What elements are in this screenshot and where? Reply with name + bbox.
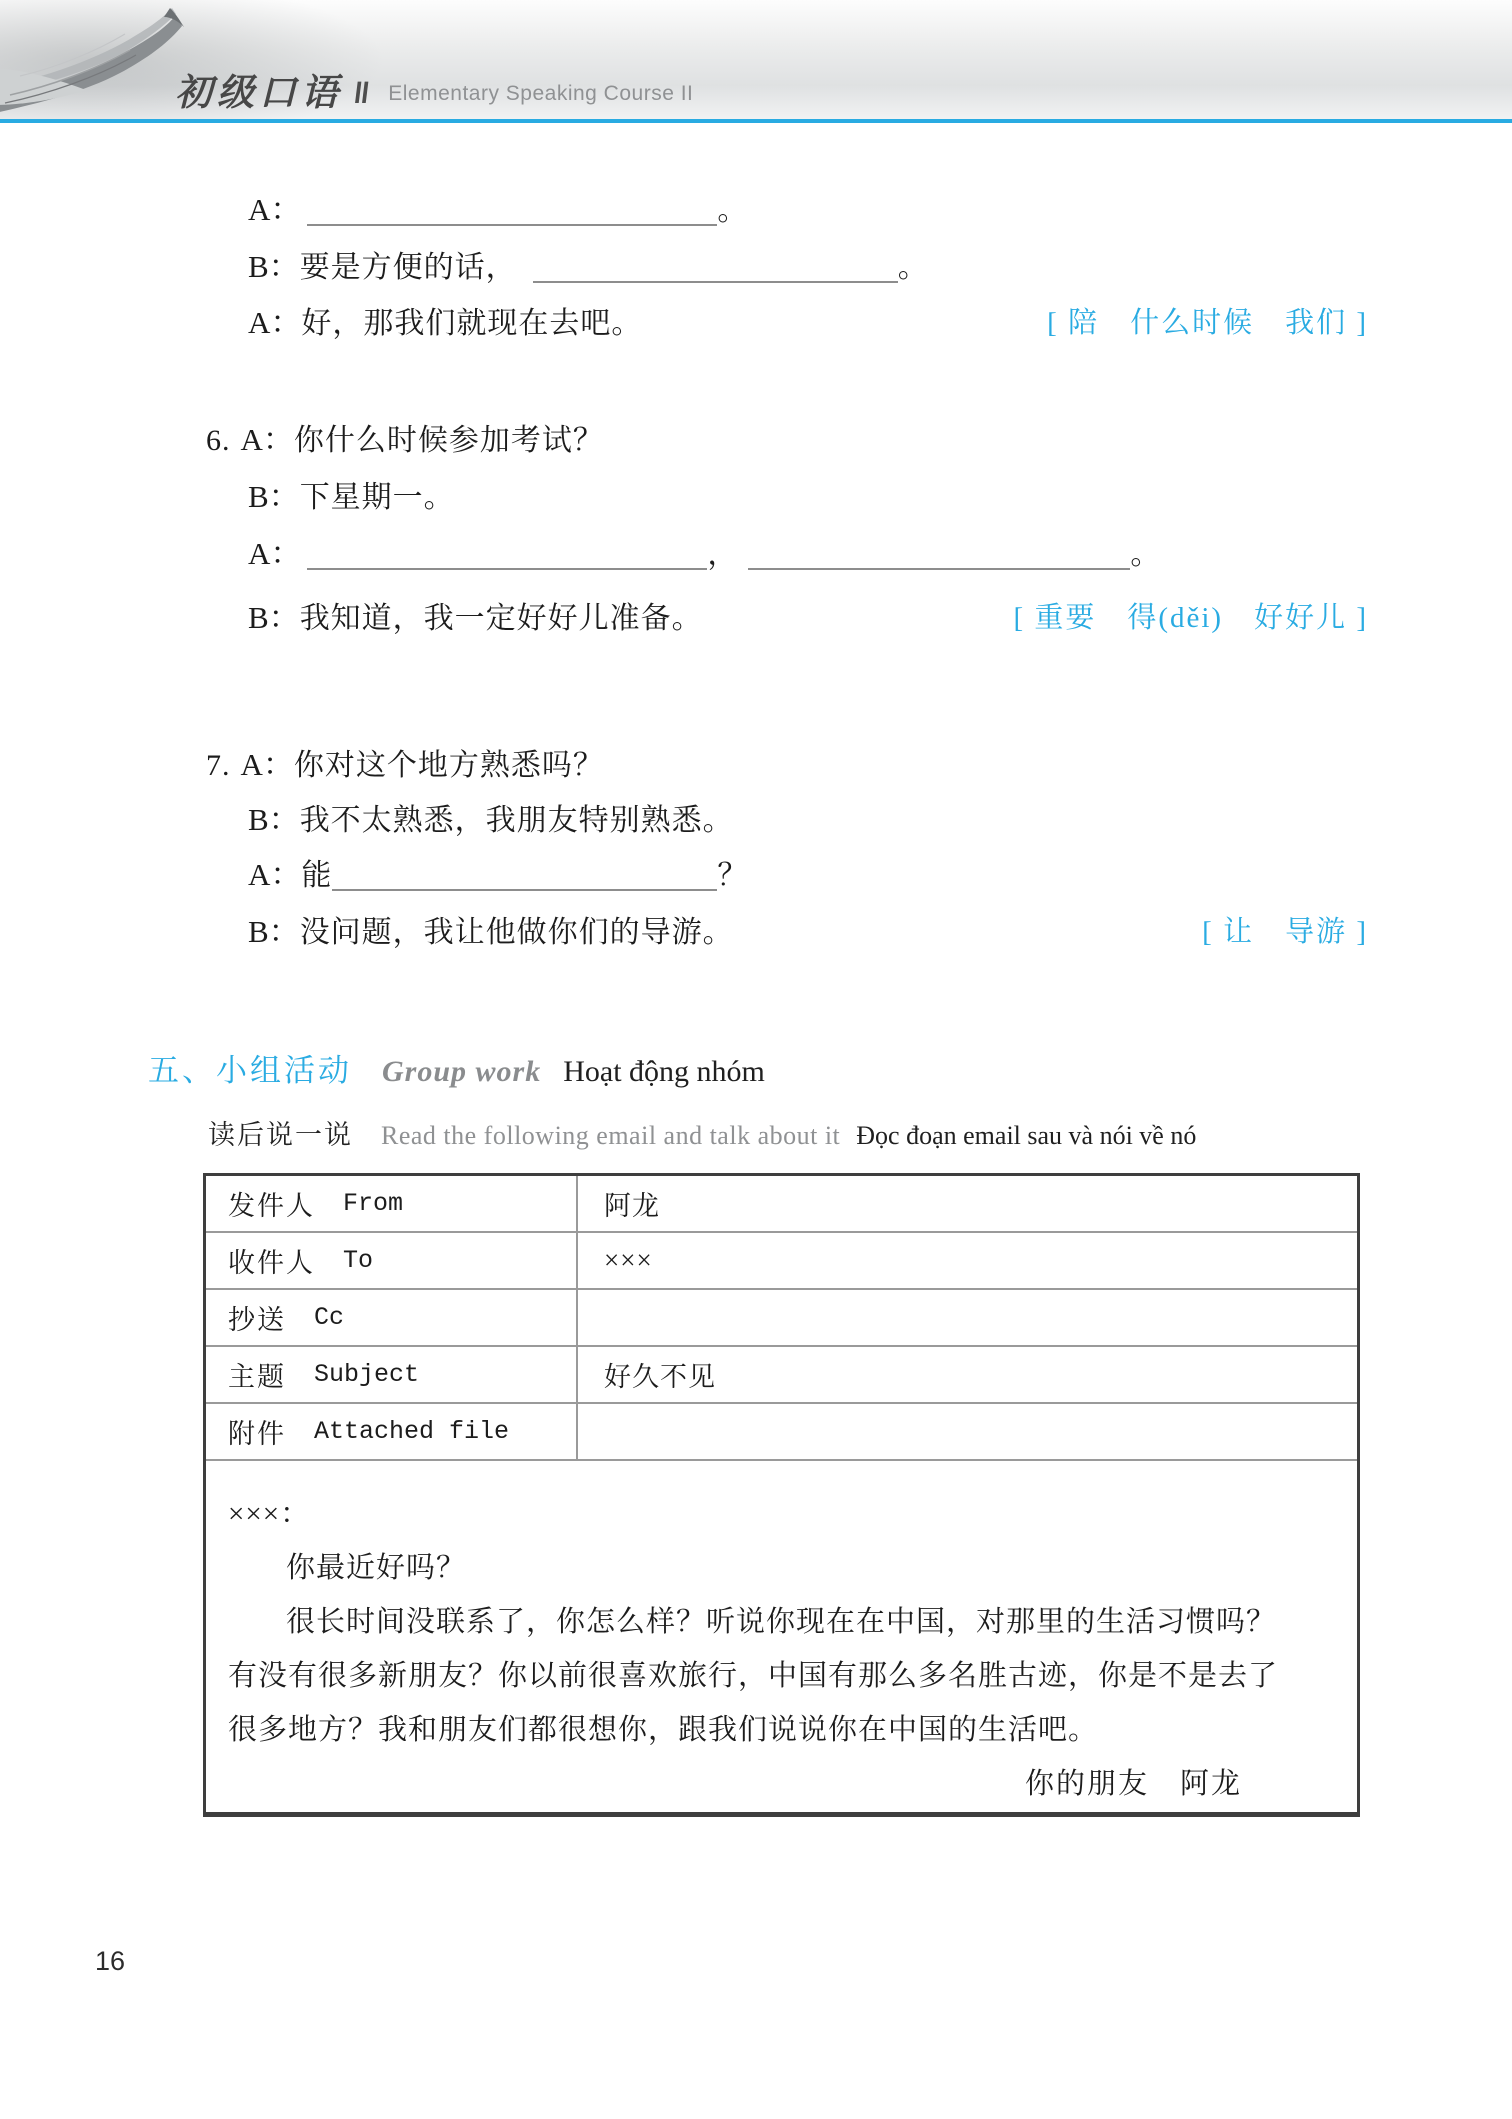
email-field-row-subject: 主题 Subject 好久不见 <box>206 1347 1357 1404</box>
period-mark: 。 <box>1130 538 1161 571</box>
dialogue-text: 你对这个地方熟悉吗？ <box>294 749 604 782</box>
speaker-label: B： <box>248 914 300 949</box>
dialogue-text: 好，那我们就现在去吧。 <box>301 307 642 340</box>
answer-blank <box>307 536 707 570</box>
instruction-cn: 读后说一说 <box>208 1120 353 1150</box>
dialogue-row: B：我知道，我一定好好儿准备。 <box>248 599 703 638</box>
dialogue-text: 你什么时候参加考试？ <box>294 424 604 457</box>
speaker-label: A： <box>241 747 294 782</box>
email-field-row-attachment: 附件 Attached file <box>206 1404 1357 1461</box>
speaker-label: B： <box>248 600 300 635</box>
email-table: 发件人 From 阿龙 收件人 To ××× 抄送 Cc 主题 Subject <box>203 1173 1360 1817</box>
section-heading: 五、小组活动Group workHoạt động nhóm <box>148 1051 765 1097</box>
item-number: 6. <box>206 424 231 457</box>
field-label-en: To <box>343 1246 373 1275</box>
hint-bracket: [ 重要 得(děi) 好好儿 ] <box>1013 599 1368 637</box>
dialogue-row: 7.A：你对这个地方熟悉吗？ <box>206 746 604 785</box>
answer-blank <box>332 857 717 891</box>
field-label-cn: 主题 <box>228 1355 286 1394</box>
dialogue-text: 能 <box>301 859 332 892</box>
dialogue-row: B：下星期一。 <box>248 478 455 517</box>
field-value <box>578 1290 1357 1345</box>
dialogue-row: A：。 <box>248 191 748 230</box>
course-title-roman: II <box>352 75 371 111</box>
dialogue-row: A：能？ <box>248 856 748 895</box>
speaker-label: B： <box>248 802 300 837</box>
period-mark: 。 <box>717 194 748 227</box>
dialogue-row: B：没问题，我让他做你们的导游。 <box>248 913 734 952</box>
field-label-cn: 收件人 <box>228 1241 315 1280</box>
email-body-line: 有没有很多新朋友？你以前很喜欢旅行，中国有那么多名胜古迹，你是不是去了 <box>228 1649 1337 1703</box>
dialogue-row: B：我不太熟悉，我朋友特别熟悉。 <box>248 801 734 840</box>
instruction-vi: Đọc đoạn email sau và nói về nó <box>856 1121 1196 1150</box>
email-body: ×××： 你最近好吗？ 很长时间没联系了，你怎么样？听说你现在在中国，对那里的生… <box>206 1461 1357 1811</box>
dialogue-row: B：要是方便的话，。 <box>248 248 929 287</box>
dialogue-text: 下星期一。 <box>300 481 455 514</box>
question-mark: ？ <box>717 859 748 892</box>
field-value: ××× <box>578 1233 1357 1288</box>
course-title-cn: 初级口语 <box>175 73 343 114</box>
dialogue-text: 我知道，我一定好好儿准备。 <box>300 602 703 635</box>
field-label-cn: 抄送 <box>228 1298 286 1337</box>
section-title-en: Group work <box>382 1055 541 1088</box>
email-field-row-to: 收件人 To ××× <box>206 1233 1357 1290</box>
field-label: 收件人 To <box>206 1233 578 1288</box>
hint-bracket: [ 陪 什么时候 我们 ] <box>1047 304 1368 342</box>
email-field-row-from: 发件人 From 阿龙 <box>206 1176 1357 1233</box>
field-value: 阿龙 <box>578 1176 1357 1231</box>
speaker-label: A： <box>248 857 301 892</box>
field-label: 发件人 From <box>206 1176 578 1231</box>
dialogue-row: 6.A：你什么时候参加考试？ <box>206 421 604 460</box>
field-label: 主题 Subject <box>206 1347 578 1402</box>
hint-bracket: [ 让 导游 ] <box>1202 913 1368 951</box>
email-salutation: ×××： <box>228 1487 1337 1541</box>
email-body-line: 很长时间没联系了，你怎么样？听说你现在在中国，对那里的生活习惯吗？ <box>228 1595 1337 1649</box>
item-number: 7. <box>206 749 231 782</box>
field-label-en: From <box>343 1189 403 1218</box>
page-header: 初级口语IIElementary Speaking Course II <box>0 0 1512 119</box>
section-title-cn: 五、小组活动 <box>148 1053 352 1088</box>
period-mark: 。 <box>898 251 929 284</box>
speaker-label: B： <box>248 479 300 514</box>
dialogue-row: A：，。 <box>248 535 1161 574</box>
field-label-cn: 发件人 <box>228 1184 315 1223</box>
dialogue-text: 我不太熟悉，我朋友特别熟悉。 <box>300 804 734 837</box>
speaker-label: A： <box>241 422 294 457</box>
task-instruction: 读后说一说Read the following email and talk a… <box>208 1117 1196 1158</box>
speaker-label: A： <box>248 192 301 227</box>
course-title-en: Elementary Speaking Course II <box>388 82 693 105</box>
instruction-en: Read the following email and talk about … <box>381 1121 840 1150</box>
header-accent-rule <box>0 119 1512 123</box>
field-label-en: Attached file <box>314 1417 509 1446</box>
comma-mark: ， <box>707 538 738 571</box>
email-field-row-cc: 抄送 Cc <box>206 1290 1357 1347</box>
email-body-line: 很多地方？我和朋友们都很想你，跟我们说说你在中国的生活吧。 <box>228 1703 1337 1757</box>
dialogue-row: A：好，那我们就现在去吧。 <box>248 304 642 343</box>
speaker-label: A： <box>248 305 301 340</box>
email-signature: 你的朋友 阿龙 <box>228 1757 1337 1811</box>
field-label: 抄送 Cc <box>206 1290 578 1345</box>
field-label: 附件 Attached file <box>206 1404 578 1459</box>
course-title: 初级口语IIElementary Speaking Course II <box>175 62 693 116</box>
answer-blank <box>748 536 1130 570</box>
speaker-label: A： <box>248 536 301 571</box>
answer-blank <box>307 192 717 226</box>
section-title-vi: Hoạt động nhóm <box>563 1055 765 1088</box>
field-label-en: Cc <box>314 1303 344 1332</box>
field-label-cn: 附件 <box>228 1412 286 1451</box>
page-number: 16 <box>95 1946 125 1977</box>
answer-blank <box>533 249 898 283</box>
dialogue-text: 要是方便的话， <box>300 251 517 284</box>
field-value: 好久不见 <box>578 1347 1357 1402</box>
speaker-label: B： <box>248 249 300 284</box>
field-label-en: Subject <box>314 1360 419 1389</box>
field-value <box>578 1404 1357 1459</box>
textbook-page: 初级口语IIElementary Speaking Course II A：。 … <box>0 0 1512 2119</box>
email-body-line: 你最近好吗？ <box>228 1541 1337 1595</box>
dialogue-text: 没问题，我让他做你们的导游。 <box>300 916 734 949</box>
